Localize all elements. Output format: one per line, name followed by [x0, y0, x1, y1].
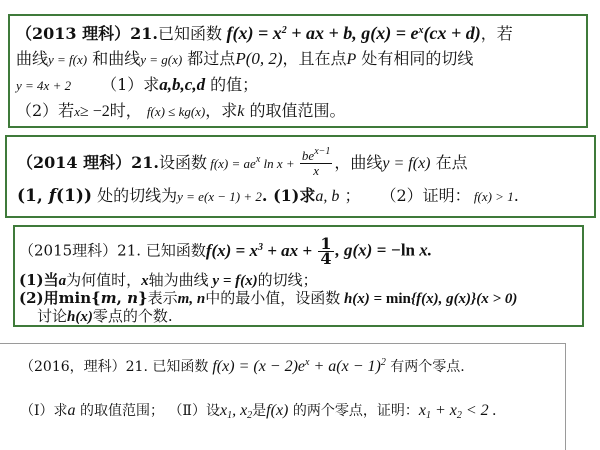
problem-2015-line-4: 讨论h(x)零点的个数. [37, 307, 173, 326]
problem-2015-header: （2015理科）21. [19, 242, 141, 260]
problem-2016-box: （2016，理科）21. 已知函数 f(x) = (x − 2)ex + a(x… [0, 343, 566, 450]
problem-2015-line-2: (1)当a为何值时，x轴为曲线 y = f(x)的切线； [19, 271, 318, 290]
problem-2016-line-1: （2016，理科）21. 已知函数 f(x) = (x − 2)ex + a(x… [20, 358, 465, 376]
fraction-one-quarter: 14 [318, 237, 333, 266]
fraction-b-e-over-x: bex−1x [300, 149, 332, 178]
problem-2013-line-1: （2013 理科）21.已知函数 f(x) = x2 + ax + b, g(x… [16, 24, 513, 43]
problem-2016-header: （2016，理科）21. [20, 359, 148, 375]
problem-2013-line-3: y = 4x + 2（1）求a,b,c,d 的值； [16, 76, 258, 95]
problem-2013-header: （2013 理科）21. [16, 24, 158, 43]
problem-2013-line-4: （2）若x≥ −2时， f(x) ≤ kg(x)，求k 的取值范围。 [16, 102, 346, 121]
problem-2015-box: （2015理科）21. 已知函数f(x) = x3 + ax + 14, g(x… [13, 225, 584, 327]
problem-2016-line-2: （Ⅰ）求a 的取值范围； （Ⅱ）设x1, x2是f(x) 的两个零点，证明：x1… [20, 402, 497, 420]
problem-2015-line-3: (2)用min{m, n}表示m, n中的最小值，设函数 h(x) = min{… [19, 289, 517, 308]
problem-2013-line-2: 曲线y = f(x) 和曲线y = g(x) 都过点P(0, 2)，且在点P 处… [16, 50, 473, 69]
problem-2014-line-2: (1, f(1)) 处的切线为y = e(x − 1) + 2. (1)求a, … [17, 187, 519, 206]
formula-f-g: f(x) = x2 + ax + b, g(x) = ex(cx + d) [222, 23, 481, 43]
problem-2014-line-1: （2014 理科）21.设函数 f(x) = aex ln x + bex−1x… [17, 149, 468, 178]
problem-2014-header: （2014 理科）21. [17, 153, 159, 172]
problem-2015-line-1: （2015理科）21. 已知函数f(x) = x3 + ax + 14, g(x… [19, 237, 432, 266]
problem-2013-box: （2013 理科）21.已知函数 f(x) = x2 + ax + b, g(x… [8, 14, 588, 128]
problem-2014-box: （2014 理科）21.设函数 f(x) = aex ln x + bex−1x… [5, 135, 596, 218]
